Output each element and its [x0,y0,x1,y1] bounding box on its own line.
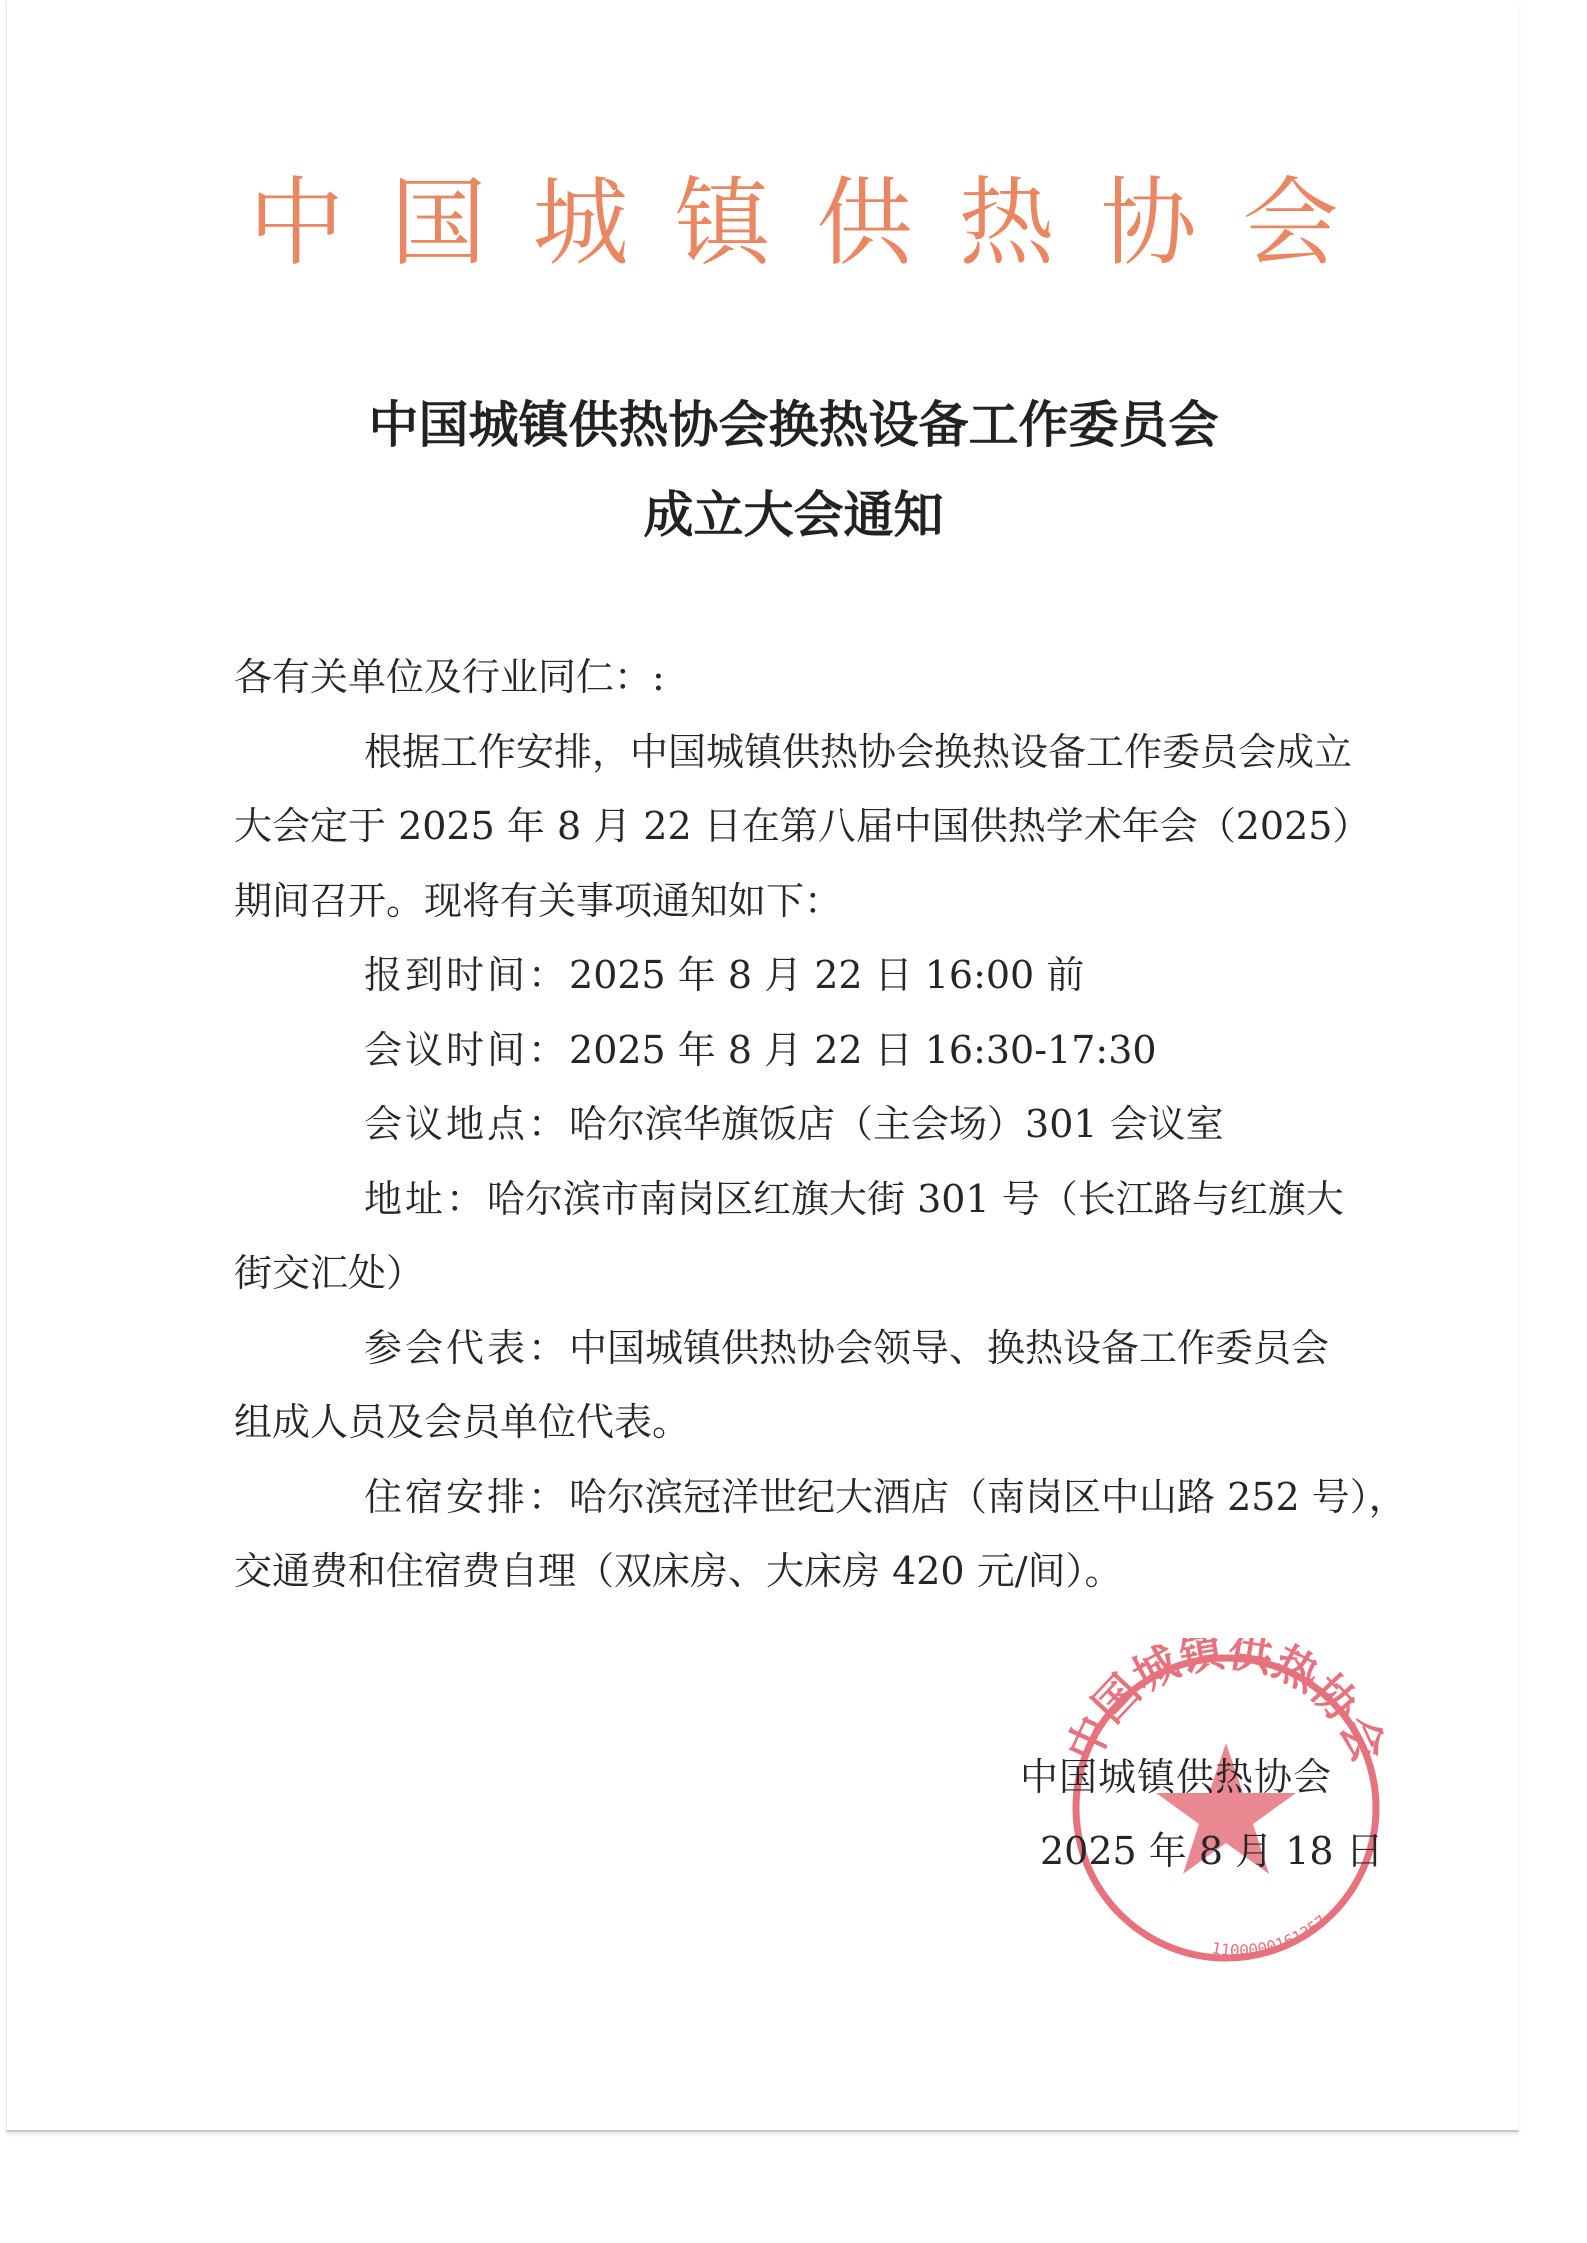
item-address: 地址：哈尔滨市南岗区红旗大街 301 号（长江路与红旗大 [234,1162,1424,1237]
signature-block: 中国城镇供热协会 2025 年 8 月 18 日 [1020,1740,1440,1888]
signature-organization: 中国城镇供热协会 [1020,1740,1440,1814]
seal-serial: 1100000161357 [1210,1911,1331,1960]
document-body: 各有关单位及行业同仁：: 根据工作安排，中国城镇供热协会换热设备工作委员会成立 … [234,640,1424,1609]
item-accommodation-continuation: 交通费和住宿费自理（双床房、大床房 420 元/间）。 [234,1534,1424,1609]
title-line-2: 成立大会通知 [0,470,1587,560]
document-title: 中国城镇供热协会换热设备工作委员会 成立大会通知 [0,380,1587,560]
letterhead-masthead: 中国城镇供热协会 [0,168,1587,278]
salutation: 各有关单位及行业同仁：: [234,640,1424,715]
item-meeting-venue: 会议地点：哈尔滨华旗饭店（主会场）301 会议室 [234,1087,1424,1162]
title-line-1: 中国城镇供热协会换热设备工作委员会 [0,380,1587,470]
intro-line-3: 期间召开。现将有关事项通知如下： [234,864,1424,939]
item-registration-time: 报到时间：2025 年 8 月 22 日 16:00 前 [234,938,1424,1013]
item-attendees-continuation: 组成人员及会员单位代表。 [234,1385,1424,1460]
item-meeting-time: 会议时间：2025 年 8 月 22 日 16:30-17:30 [234,1013,1424,1088]
item-address-continuation: 街交汇处） [234,1236,1424,1311]
intro-line-1: 根据工作安排，中国城镇供热协会换热设备工作委员会成立 [234,715,1424,790]
signature-date: 2025 年 8 月 18 日 [1020,1814,1440,1888]
svg-text:1100000161357: 1100000161357 [1210,1911,1331,1960]
intro-line-2: 大会定于 2025 年 8 月 22 日在第八届中国供热学术年会（2025） [234,789,1424,864]
item-attendees: 参会代表：中国城镇供热协会领导、换热设备工作委员会 [234,1311,1424,1386]
item-accommodation: 住宿安排：哈尔滨冠洋世纪大酒店（南岗区中山路 252 号）， [234,1460,1424,1535]
